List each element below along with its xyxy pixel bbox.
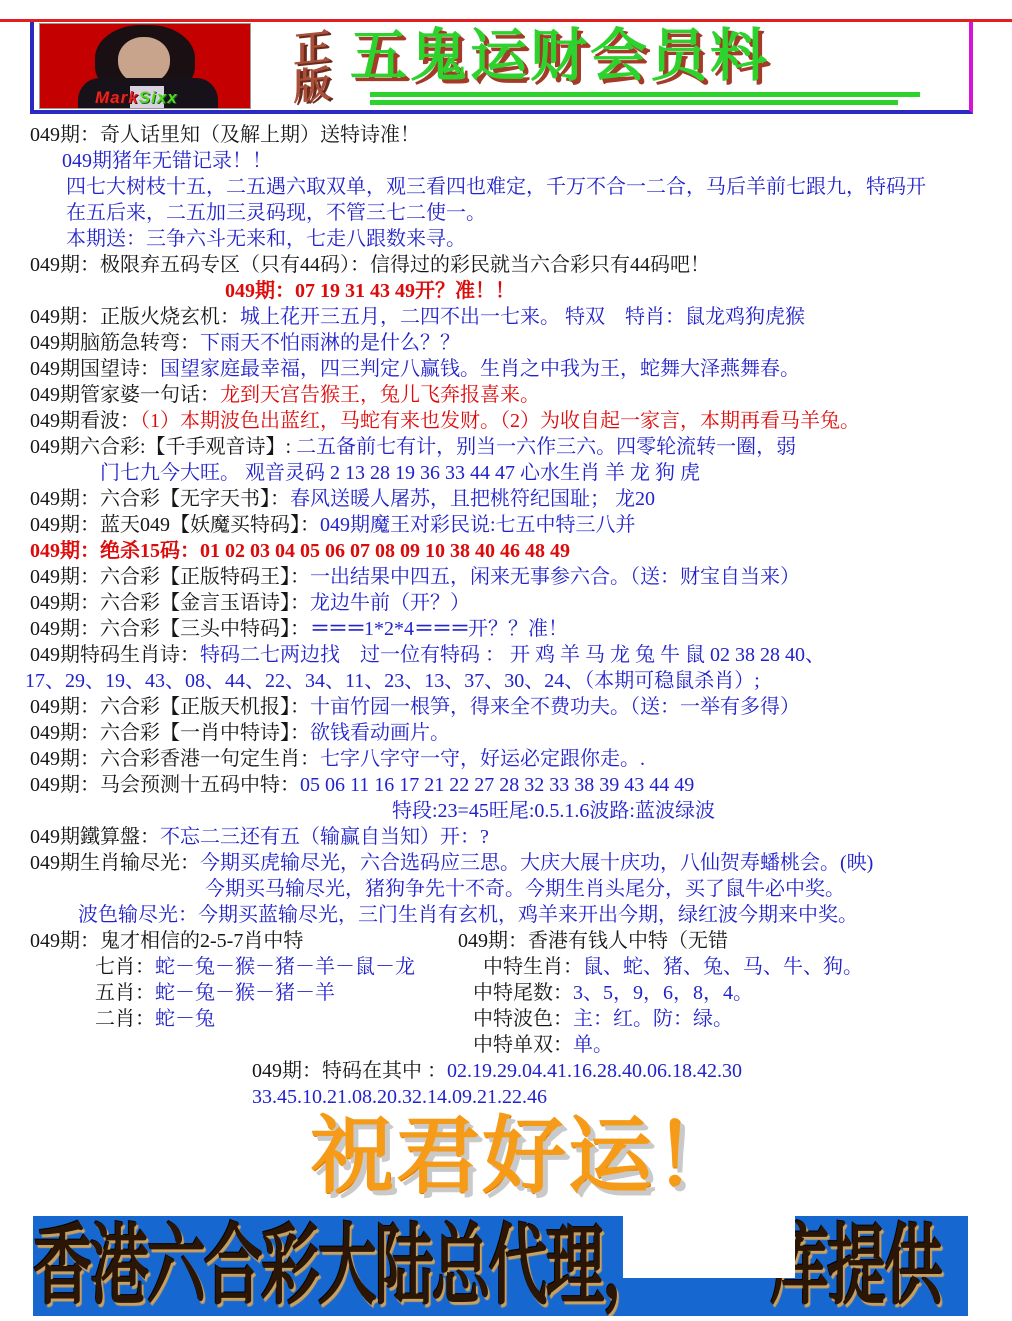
- text-segment: 02.19.29.04.41.16.28.40.06.18.42.30: [447, 1060, 742, 1082]
- text-line: 049期：六合彩【一肖中特诗】：欲钱看动画片。: [0, 720, 1012, 746]
- text-segment: 049期：极限弃五码专区（只有44码）：信得过的彩民就当六合彩只有44码吧！: [30, 254, 710, 276]
- title-underline-1: [370, 92, 920, 97]
- text-segment: 049期：鬼才相信的2-5-7肖中特: [30, 930, 303, 952]
- text-line: 本期送：三争六斗无来和，七走八跟数来寻。: [0, 226, 1012, 252]
- text-line: 049期：07 19 31 43 49开？准！！: [0, 278, 1012, 304]
- text-line: 中特尾数：3、5，9，6，8，4。: [458, 980, 1012, 1006]
- text-segment: （1）本期波色出蓝红，马蛇有来也发财。（2）为收自起一家言，本期再看马羊兔。: [140, 410, 860, 432]
- text-segment: 龙边牛前（开？）: [310, 592, 470, 614]
- text-segment: 中特波色：: [473, 1008, 573, 1030]
- banner-white-patch: [623, 1216, 795, 1278]
- text-segment: 本期送：三争六斗无来和，七走八跟数来寻。: [66, 228, 466, 250]
- text-segment: 049期：六合彩【无字天书】：: [30, 488, 290, 510]
- text-segment: 鼠、蛇、猪、兔、马、牛、狗。: [583, 956, 863, 978]
- title-underline-2: [370, 100, 898, 105]
- text-segment: 049期：六合彩【金言玉语诗】：: [30, 592, 310, 614]
- marksix-label-mark: Mark: [95, 88, 139, 107]
- text-segment: 今期买马输尽光，猪狗争先十不奇。今期生肖头尾分，买了鼠牛必中奖。: [205, 878, 845, 900]
- text-segment: 049期生肖输尽光：: [30, 852, 200, 874]
- text-segment: 下雨天不怕雨淋的是什么？？: [200, 332, 460, 354]
- text-line: 049期看波：（1）本期波色出蓝红，马蛇有来也发财。（2）为收自起一家言，本期再…: [0, 408, 1012, 434]
- content: 049期：奇人话里知（及解上期）送特诗准！049期猪年无错记录！！四七大树枝十五…: [0, 114, 1012, 1110]
- text-segment: 中特单双：: [473, 1034, 573, 1056]
- text-line: 049期生肖输尽光：今期买虎输尽光，六合选码应三思。大庆大展十庆功，八仙贺寿蟠桃…: [0, 850, 1012, 876]
- text-segment: 中特尾数：: [473, 982, 573, 1004]
- marksix-label-sixx: Sixx: [139, 88, 178, 107]
- text-line: 049期六合彩:【千手观音诗】: 二五备前七有计，别当一六作三六。四零轮流转一圈…: [0, 434, 1012, 460]
- text-line: 在五后来，二五加三灵码现，不管三七二使一。: [0, 200, 1012, 226]
- text-segment: 049期：绝杀15码：01 02 03 04 05 06 07 08 09 10…: [30, 540, 570, 562]
- text-segment: 3、5，9，6，8，4。: [573, 982, 753, 1004]
- model-photo: MarkSixx: [39, 23, 251, 109]
- text-line: 特段:23=45旺尾:0.5.1.6波路:蓝波绿波: [0, 798, 1012, 824]
- text-line: 049期：六合彩【正版天机报】：十亩竹园一根笋，得来全不费功夫。（送：一举有多得…: [0, 694, 1012, 720]
- text-line: 049期：马会预测十五码中特：05 06 11 16 17 21 22 27 2…: [0, 772, 1012, 798]
- good-luck-text: 祝君好运！: [0, 1110, 1012, 1212]
- text-segment: 城上花开三五月，二四不出一七来。 特双 特肖：鼠龙鸡狗虎猴: [240, 306, 805, 328]
- text-segment: 一出结果中四五，闲来无事参六合。（送：财宝自当来）: [310, 566, 800, 588]
- text-segment: 蛇－兔－猴－猪－羊－鼠－龙: [155, 956, 415, 978]
- two-column-section: 049期：鬼才相信的2-5-7肖中特七肖：蛇－兔－猴－猪－羊－鼠－龙五肖：蛇－兔…: [0, 928, 1012, 1058]
- text-line: 049期鐵算盤：不忘二三还有五（输赢自当知）开：?: [0, 824, 1012, 850]
- footer-number-lines: 049期：特码在其中 ：02.19.29.04.41.16.28.40.06.1…: [0, 1058, 1012, 1110]
- text-segment: 049期：香港有钱人中特（无错: [458, 930, 728, 952]
- text-line: 17、29、19、43、08、44、22、34、11、23、13、37、30、2…: [0, 668, 1012, 694]
- bottom-banner: 香港六合彩大陆总代理，库提供: [33, 1216, 968, 1316]
- text-line: 049期脑筋急转弯：下雨天不怕雨淋的是什么？？: [0, 330, 1012, 356]
- text-segment: 龙到天宫告猴王，兔儿飞奔报喜来。: [220, 384, 540, 406]
- text-segment: 特码二七两边找 过一位有特码 ： 开 鸡 羊 马 龙 兔 牛 鼠 02 38 2…: [200, 644, 825, 666]
- text-segment: 国望家庭最幸福，四三判定八赢钱。生肖之中我为王，蛇舞大泽燕舞春。: [160, 358, 800, 380]
- text-segment: 049期看波：: [30, 410, 140, 432]
- text-segment: 欲钱看动画片。: [310, 722, 450, 744]
- text-segment: 17、29、19、43、08、44、22、34、11、23、13、37、30、2…: [25, 670, 760, 692]
- text-line: 33.45.10.21.08.20.32.14.09.21.22.46: [0, 1084, 1012, 1110]
- text-segment: 049期：六合彩【一肖中特诗】：: [30, 722, 310, 744]
- text-segment: 049期：六合彩【正版天机报】：: [30, 696, 310, 718]
- text-line: 中特波色：主：红。防：绿。: [458, 1006, 1012, 1032]
- text-segment: ＝＝＝: [310, 618, 364, 640]
- text-segment: 049期魔王对彩民说:七五中特三八并: [320, 514, 636, 536]
- text-segment: 蛇－兔－猴－猪－羊: [155, 982, 335, 1004]
- title-wrap: 五鬼运财会员料: [350, 28, 920, 105]
- text-segment: 049期：蓝天049【妖魔买特码】：: [30, 514, 320, 536]
- header-box: MarkSixx 正版 五鬼运财会员料: [30, 22, 973, 114]
- text-line: 波色输尽光：今期买蓝输尽光，三门生肖有玄机，鸡羊来开出今期，绿红波今期来中奖。: [0, 902, 1012, 928]
- text-line: 049期：绝杀15码：01 02 03 04 05 06 07 08 09 10…: [0, 538, 1012, 564]
- text-segment: 开？？准！: [468, 618, 568, 640]
- text-segment: 049期特码生肖诗：: [30, 644, 200, 666]
- text-line: 中特生肖：鼠、蛇、猪、兔、马、牛、狗。: [458, 954, 1012, 980]
- text-segment: 049期脑筋急转弯：: [30, 332, 200, 354]
- text-segment: 049期：六合彩【正版特码王】：: [30, 566, 310, 588]
- text-segment: 049期：马会预测十五码中特：: [30, 774, 300, 796]
- text-segment: 049期：07 19 31 43 49开？准！！: [225, 280, 515, 302]
- banner-text: 香港六合彩大陆总代理，库提供: [33, 1216, 941, 1316]
- text-segment: 蛇－兔: [155, 1008, 215, 1030]
- text-line: 049期猪年无错记录！！: [0, 148, 1012, 174]
- text-line: 049期：奇人话里知（及解上期）送特诗准！: [0, 122, 1012, 148]
- text-line: 今期买马输尽光，猪狗争先十不奇。今期生肖头尾分，买了鼠牛必中奖。: [0, 876, 1012, 902]
- text-line: 门七九今大旺。 观音灵码 2 13 28 19 36 33 44 47 心水生肖…: [0, 460, 1012, 486]
- text-segment: 049期：六合彩香港一句定生肖：: [30, 748, 320, 770]
- text-line: 049期：正版火烧玄机：城上花开三五月，二四不出一七来。 特双 特肖：鼠龙鸡狗虎…: [0, 304, 1012, 330]
- text-line: 七肖：蛇－兔－猴－猪－羊－鼠－龙: [0, 954, 458, 980]
- text-segment: 二肖：: [95, 1008, 155, 1030]
- text-segment: 049期六合彩:【千手观音诗】:: [30, 436, 296, 458]
- text-segment: 049期管家婆一句话：: [30, 384, 220, 406]
- text-segment: 1*2*4: [364, 618, 414, 640]
- text-line: 049期：六合彩【金言玉语诗】：龙边牛前（开？）: [0, 590, 1012, 616]
- page-title: 五鬼运财会员料: [350, 28, 920, 85]
- text-segment: 049期国望诗：: [30, 358, 160, 380]
- text-line: 049期：六合彩【无字天书】：春风送暖人屠苏，且把桃符纪国耻； 龙20: [0, 486, 1012, 512]
- text-segment: 049期：特码在其中 ：: [252, 1060, 447, 1082]
- authentic-badge: 正版: [289, 27, 326, 105]
- text-line: 二肖：蛇－兔: [0, 1006, 458, 1032]
- text-segment: 波色输尽光：今期买蓝输尽光，三门生肖有玄机，鸡羊来开出今期，绿红波今期来中奖。: [78, 904, 858, 926]
- banner-text-left: 香港六合彩大陆总代理: [33, 1216, 603, 1315]
- text-segment: 四七大树枝十五，二五遇六取双单，观三看四也难定，千万不合一二合，马后羊前七跟九，…: [66, 176, 926, 198]
- text-segment: 049期：奇人话里知（及解上期）送特诗准！: [30, 124, 420, 146]
- text-segment: 在五后来，二五加三灵码现，不管三七二使一。: [66, 202, 486, 224]
- text-segment: 049期：正版火烧玄机：: [30, 306, 240, 328]
- column-left: 049期：鬼才相信的2-5-7肖中特七肖：蛇－兔－猴－猪－羊－鼠－龙五肖：蛇－兔…: [0, 928, 458, 1058]
- text-line: 049期：香港有钱人中特（无错: [458, 928, 1012, 954]
- photo-face-shape: [118, 37, 170, 84]
- text-line: 049期国望诗：国望家庭最幸福，四三判定八赢钱。生肖之中我为王，蛇舞大泽燕舞春。: [0, 356, 1012, 382]
- text-line: 五肖：蛇－兔－猴－猪－羊: [0, 980, 458, 1006]
- column-right: 049期：香港有钱人中特（无错中特生肖：鼠、蛇、猪、兔、马、牛、狗。中特尾数：3…: [458, 928, 1012, 1058]
- text-segment: 特段:23=45旺尾:0.5.1.6波路:蓝波绿波: [392, 800, 715, 822]
- text-segment: ＝＝＝: [414, 618, 468, 640]
- text-segment: 十亩竹园一根笋，得来全不费功夫。（送：一举有多得）: [310, 696, 800, 718]
- text-line: 中特单双：单。: [458, 1032, 1012, 1058]
- text-segment: 33.45.10.21.08.20.32.14.09.21.22.46: [252, 1086, 547, 1108]
- text-segment: 门七九今大旺。 观音灵码 2 13 28 19 36 33 44 47 心水生肖…: [100, 462, 700, 484]
- main-lines: 049期：奇人话里知（及解上期）送特诗准！049期猪年无错记录！！四七大树枝十五…: [0, 122, 1012, 928]
- text-segment: 049期猪年无错记录！！: [62, 150, 272, 172]
- text-line: 049期：六合彩【三头中特码】：＝＝＝1*2*4＝＝＝开？？准！: [0, 616, 1012, 642]
- text-line: 049期特码生肖诗：特码二七两边找 过一位有特码 ： 开 鸡 羊 马 龙 兔 牛…: [0, 642, 1012, 668]
- text-line: 049期：六合彩香港一句定生肖：七字八字守一守，好运必定跟你走。.: [0, 746, 1012, 772]
- text-line: 049期：特码在其中 ：02.19.29.04.41.16.28.40.06.1…: [0, 1058, 1012, 1084]
- text-line: 049期：鬼才相信的2-5-7肖中特: [0, 928, 458, 954]
- text-segment: 七字八字守一守，好运必定跟你走。.: [320, 748, 645, 770]
- text-segment: 中特生肖：: [483, 956, 583, 978]
- text-segment: 七肖：: [95, 956, 155, 978]
- text-line: 049期管家婆一句话：龙到天宫告猴王，兔儿飞奔报喜来。: [0, 382, 1012, 408]
- text-segment: 五肖：: [95, 982, 155, 1004]
- text-segment: 主：红。防：绿。: [573, 1008, 733, 1030]
- text-segment: 今期买虎输尽光，六合选码应三思。大庆大展十庆功，八仙贺寿蟠桃会。(映): [200, 852, 873, 874]
- text-segment: 单。: [573, 1034, 613, 1056]
- text-segment: 05 06 11 16 17 21 22 27 28 32 33 38 39 4…: [300, 774, 694, 796]
- text-segment: 不忘二三还有五（输赢自当知）开：?: [160, 826, 489, 848]
- text-segment: 049期：六合彩【三头中特码】：: [30, 618, 310, 640]
- marksix-label: MarkSixx: [95, 88, 178, 108]
- text-segment: 二五备前七有计，别当一六作三六。四零轮流转一圈，弱: [296, 436, 796, 458]
- banner-text-right: 库提供: [770, 1216, 941, 1315]
- text-line: 049期：蓝天049【妖魔买特码】：049期魔王对彩民说:七五中特三八并: [0, 512, 1012, 538]
- text-line: 四七大树枝十五，二五遇六取双单，观三看四也难定，千万不合一二合，马后羊前七跟九，…: [0, 174, 1012, 200]
- text-line: 049期：极限弃五码专区（只有44码）：信得过的彩民就当六合彩只有44码吧！: [0, 252, 1012, 278]
- text-segment: 049期鐵算盤：: [30, 826, 160, 848]
- text-line: 049期：六合彩【正版特码王】：一出结果中四五，闲来无事参六合。（送：财宝自当来…: [0, 564, 1012, 590]
- text-segment: 春风送暖人屠苏，且把桃符纪国耻； 龙20: [290, 488, 655, 510]
